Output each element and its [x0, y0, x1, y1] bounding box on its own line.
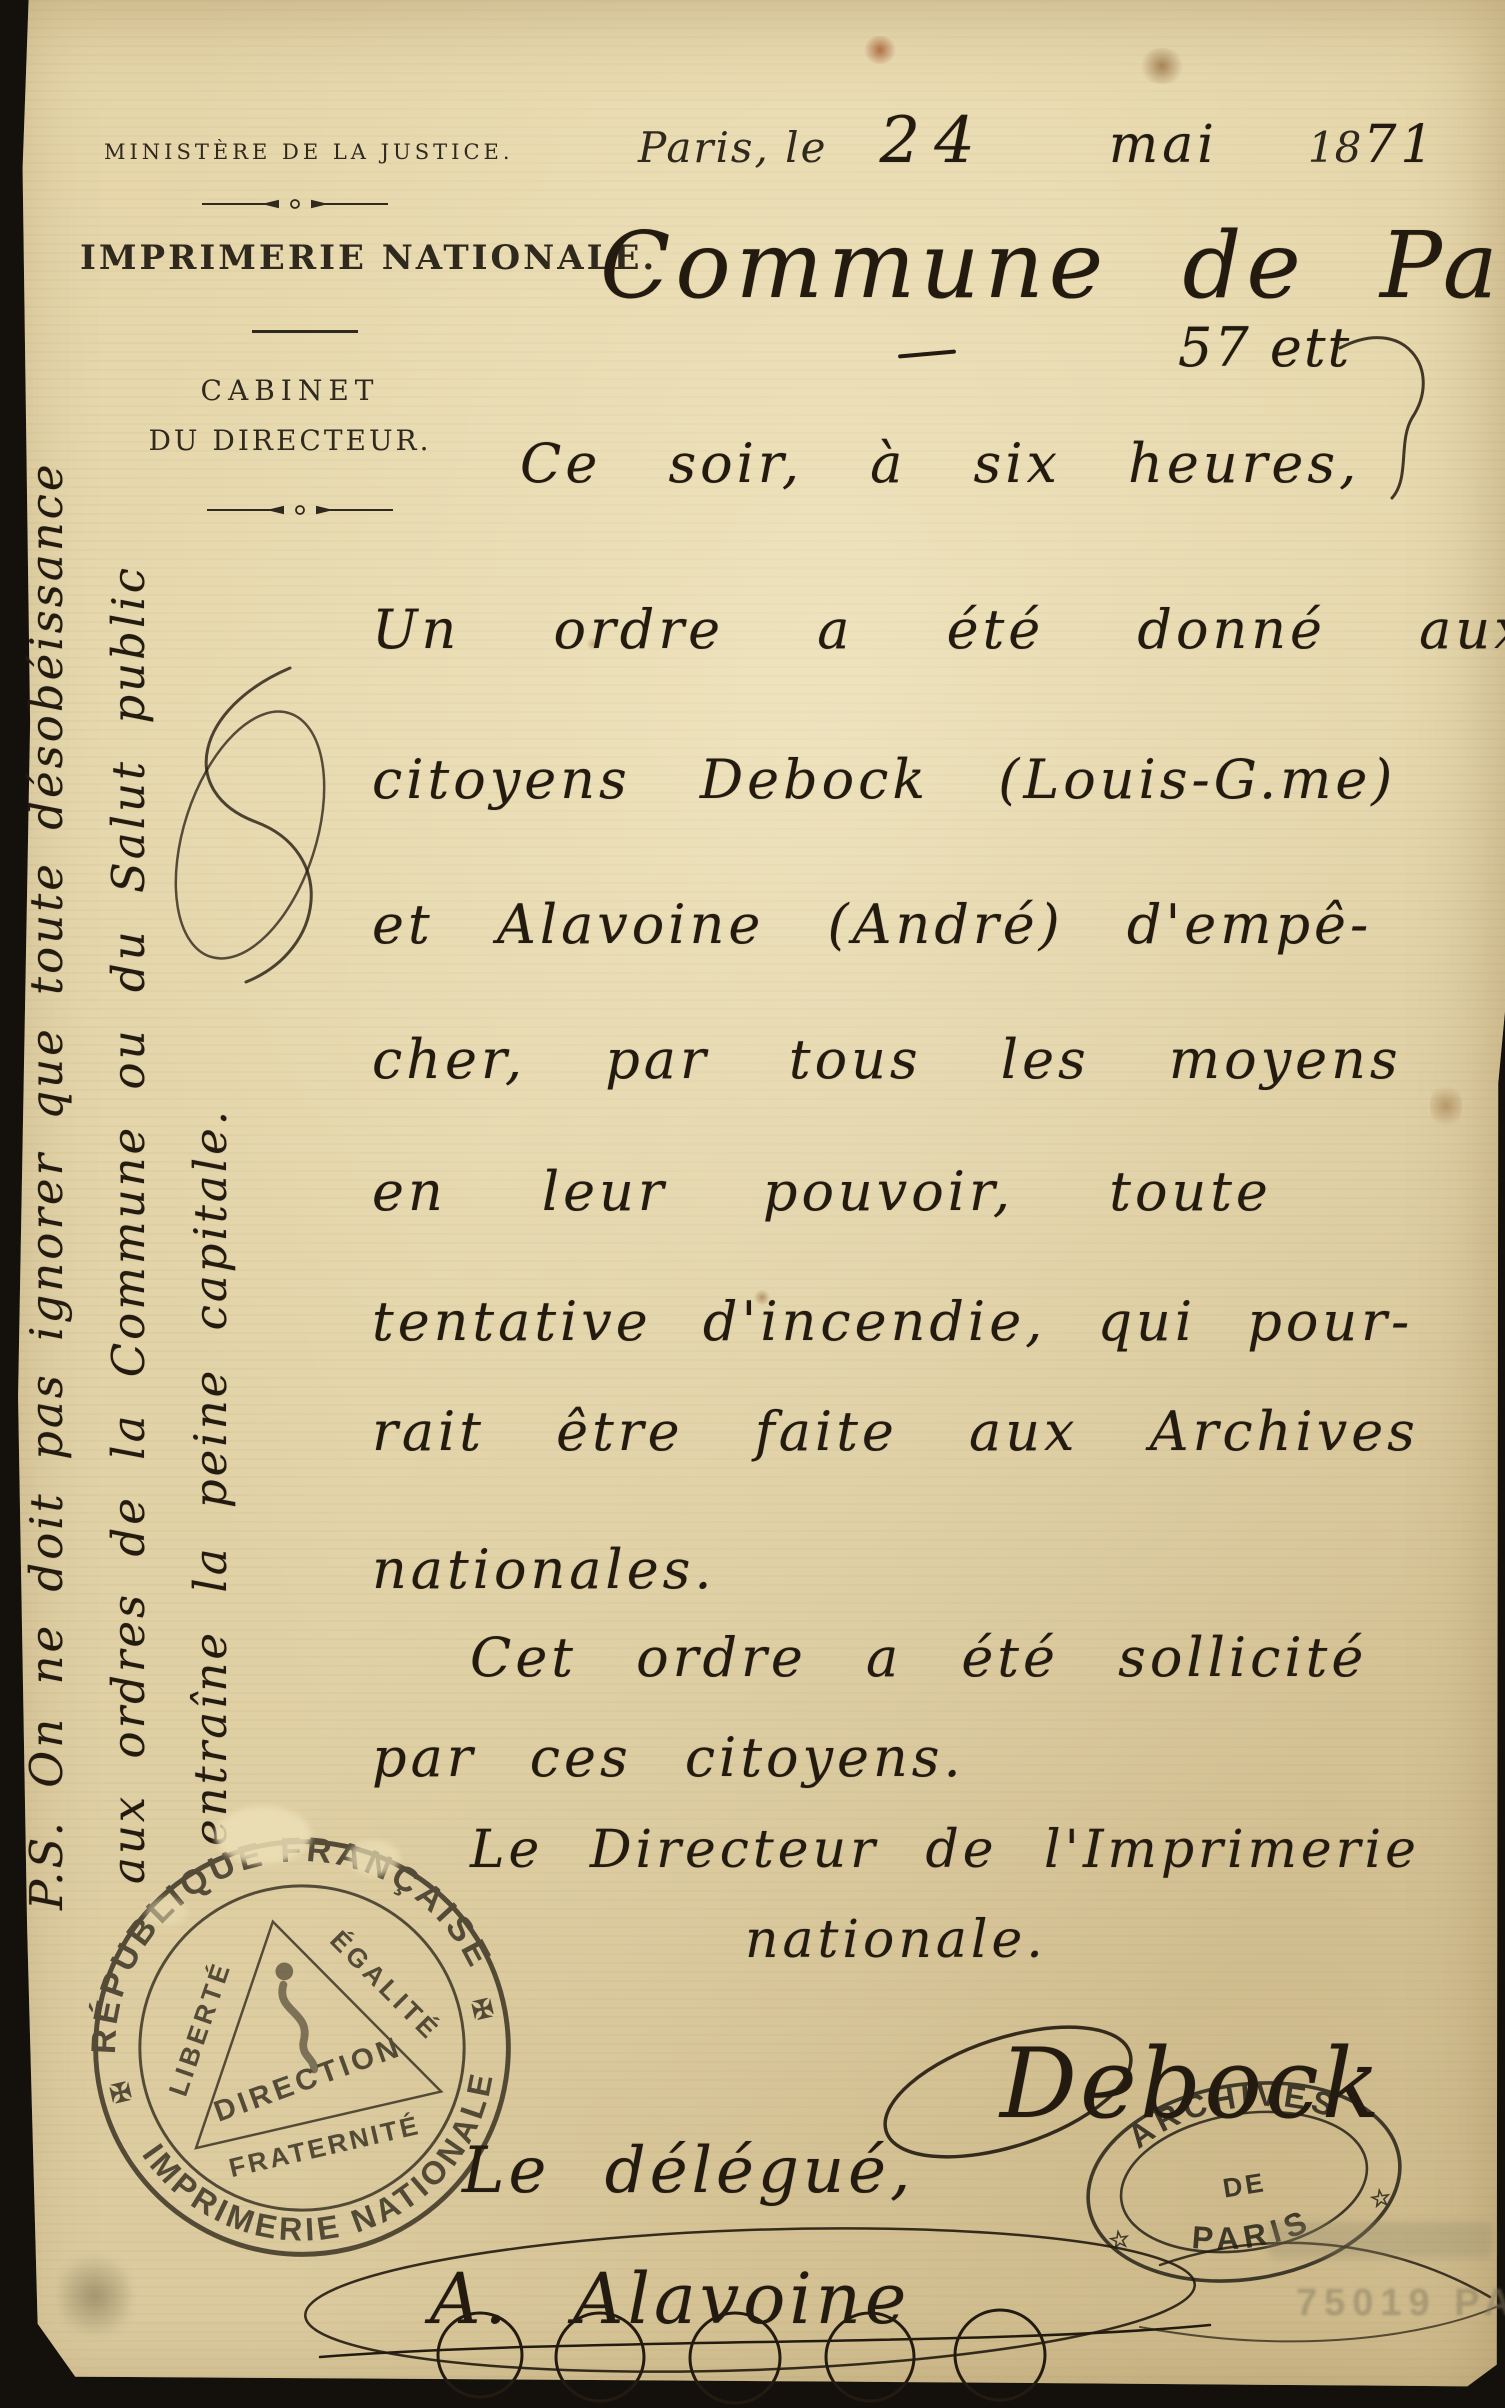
body-line: nationale.	[745, 1910, 1047, 1970]
letterhead-institution: IMPRIMERIE NATIONALE.	[80, 238, 500, 278]
showthrough-smudge	[1268, 2222, 1493, 2258]
scanned-letter-page: P.S. On ne doit pas ignorer que toute dé…	[0, 0, 1505, 2408]
paper-damage-patch	[215, 1806, 311, 1864]
debock-signature: Debock	[1000, 2028, 1383, 2140]
letterhead-rule	[252, 330, 358, 333]
date-line: Paris, le 24 mai 18 71	[638, 104, 1437, 178]
stain	[862, 36, 898, 64]
paper-damage-patch	[348, 1840, 400, 1876]
ornamental-rule	[200, 196, 390, 212]
delegate-title: Le délégué,	[462, 2134, 914, 2208]
alavoine-signature: A. Alavoine	[430, 2258, 910, 2340]
stamp-fraternite-text: FRATERNITÉ	[226, 2110, 423, 2183]
date-printed-prefix: Paris, le	[638, 123, 827, 172]
body-line: par ces citoyens.	[372, 1726, 965, 1789]
stain	[586, 638, 600, 650]
body-line: rait être faite aux Archives	[372, 1400, 1419, 1463]
stamp-fleuron-icon: ✠	[469, 1994, 496, 2026]
body-line: nationales.	[372, 1538, 716, 1601]
stain	[1430, 1082, 1462, 1130]
stamp-fleuron-icon: ✠	[107, 2078, 134, 2110]
body-line: et Alavoine (André) d'empê-	[372, 893, 1372, 956]
margin-note-line: P.S. On ne doit pas ignorer que toute dé…	[6, 150, 88, 1910]
ornamental-rule	[205, 502, 395, 518]
margin-postscript: P.S. On ne doit pas ignorer que toute dé…	[6, 150, 256, 1910]
stamp-direction-text: DIRECTION	[210, 2030, 407, 2129]
heading-commune-de-paris: Commune de Paris	[600, 212, 1505, 319]
letterhead-office: DU DIRECTEUR.	[110, 424, 470, 457]
stamp-liberte-text: LIBERTÉ	[163, 1957, 237, 2100]
date-year-handwritten: 71	[1363, 115, 1437, 175]
stamp-figure-icon	[274, 1961, 316, 2073]
paper-damage-patch	[146, 1898, 188, 1926]
archival-number: 57 ett	[1178, 316, 1351, 379]
date-year-printed: 18	[1308, 123, 1361, 172]
stamp-egalite-text: ÉGALITÉ	[324, 1925, 446, 2047]
stain	[58, 2248, 132, 2344]
stain	[1138, 48, 1186, 84]
date-day-handwritten: 24	[879, 104, 988, 178]
body-line: Un ordre a été donné aux	[372, 598, 1505, 661]
stain	[753, 1290, 771, 1305]
body-line: cher, par tous les moyens	[372, 1028, 1402, 1091]
body-line: Cet ordre a été sollicité	[470, 1626, 1367, 1689]
letterhead-ministry: MINISTÈRE DE LA JUSTICE.	[104, 140, 474, 164]
margin-paraph-flourish	[138, 650, 358, 1030]
body-line: citoyens Debock (Louis-G.me)	[372, 748, 1396, 811]
date-month-handwritten: mai	[1109, 115, 1218, 175]
body-line: Le Directeur de l'Imprimerie	[470, 1820, 1420, 1880]
letterhead-office: CABINET	[110, 374, 470, 407]
showthrough-postal-text: 75019 PARIS	[1296, 2282, 1505, 2325]
body-line: Ce soir, à six heures,	[520, 432, 1360, 495]
body-line: tentative d'incendie, qui pour-	[372, 1290, 1413, 1353]
archives-stamp-middle-text: DE	[1221, 2167, 1269, 2203]
body-line: en leur pouvoir, toute	[372, 1160, 1272, 1223]
